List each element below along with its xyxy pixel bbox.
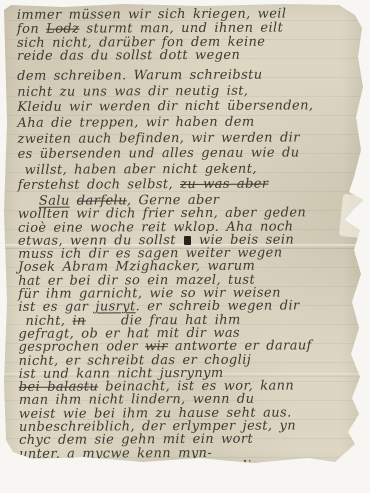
handwriting-line-33: sich schafen, wenn me kennt die	[19, 458, 362, 473]
handwriting-line-7: Kleidu wir werden dir nicht übersenden,	[17, 98, 360, 115]
handwriting-line-4: reide das du sollst dott wegen	[17, 47, 360, 63]
handwriting-line-11: willst, haben aber nicht gekent,	[18, 161, 361, 178]
ink-blot	[184, 236, 191, 245]
handwriting-line-12: ferstehst doch selbst, zu was aber	[18, 176, 361, 193]
letter-body: immer müssen wir sich kriegen, weilfon L…	[17, 6, 362, 473]
handwriting-line-5: dem schreiben. Warum schreibstu	[17, 67, 360, 84]
handwriting-line-10: es übersenden und alles genau wie du	[18, 145, 361, 162]
scanned-letter-scene: immer müssen wir sich kriegen, weilfon L…	[0, 0, 370, 493]
handwriting-line-8: Aha die treppen, wir haben dem	[17, 114, 360, 131]
letter-paper: immer müssen wir sich kriegen, weilfon L…	[3, 2, 367, 480]
handwriting-line-9: zweiten auch befinden, wir werden dir	[17, 130, 360, 147]
handwriting-line-24: gesprochen oder wir antworte er darauf	[19, 338, 362, 353]
handwriting-line-6: nicht zu uns was dir neutig ist,	[17, 83, 360, 100]
